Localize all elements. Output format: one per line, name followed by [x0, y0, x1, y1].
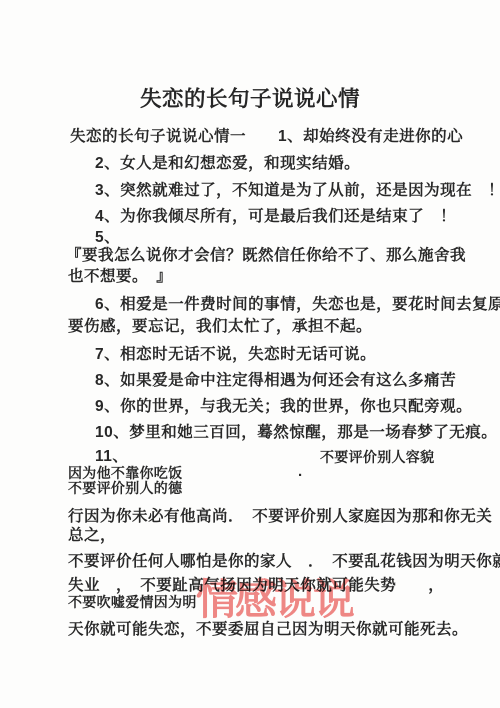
document-page: 失恋的长句子说说心情 失恋的长句子说说心情一 1、却始终没有走进你的心 2、女人… — [0, 0, 500, 708]
text-line-3: 3、突然就难过了，不知道是为了从前，还是因为现在 ！ — [95, 183, 500, 199]
text-line-11-cont-1: 因为他不靠你吃饭 — [68, 466, 182, 480]
text-line-5: 5、 — [95, 230, 120, 246]
watermark: 情感说说 — [196, 579, 352, 621]
text-line-2: 2、女人是和幻想恋爱，和现实结婚。 — [95, 156, 360, 172]
text-line-7: 7、相恋时无话不说，失恋时无话可说。 — [95, 347, 376, 363]
text-line-15-cont: 不要吹嘘爱情因为明 — [68, 595, 197, 609]
text-line-6-cont: 要伤感，要忘记，我们太忙了，承担不起。 — [68, 319, 372, 335]
side-note-appearance: 不要评价别人容貌 — [320, 450, 434, 464]
text-line-11-cont-2: 不要评价别人的德 — [68, 481, 182, 495]
text-line-4: 4、为你我倾尽所有，可是最后我们还是结束了 ！ — [95, 209, 456, 225]
text-line-5-quote: 『要我怎么说你才会信？既然信任你给不了、那么施舍我 — [66, 248, 466, 264]
text-line-10: 10、梦里和她三百回，蓦然惊醒，那是一场春梦了无痕。 — [95, 425, 497, 441]
text-line-11: 11、 — [95, 449, 128, 465]
text-line-14: 不要评价任何人哪怕是你的家人 ． 不要乱花钱因为明天你就可能 — [68, 554, 500, 570]
page-title: 失恋的长句子说说心情 — [0, 82, 500, 113]
text-line-5-cont: 也不想要。 』 — [68, 269, 172, 285]
text-line-16: 天你就可能失恋，不要委屈自己因为明天你就可能死去。 — [68, 622, 468, 638]
stray-dot: . — [298, 464, 303, 479]
text-line-13: 总之， — [68, 528, 116, 544]
text-line-8: 8、如果爱是命中注定得相遇为何还会有这么多痛苦 — [95, 373, 456, 389]
text-line-intro: 失恋的长句子说说心情一 1、却始终没有走进你的心 — [70, 129, 463, 145]
text-line-12: 行因为你未必有他高尚． 不要评价别人家庭因为那和你无关 ． — [68, 509, 500, 525]
text-line-9: 9、你的世界，与我无关；我的世界，你也只配旁观。 — [95, 399, 472, 415]
text-line-6: 6、相爱是一件费时间的事情，失恋也是，要花时间去复原， — [95, 297, 500, 313]
